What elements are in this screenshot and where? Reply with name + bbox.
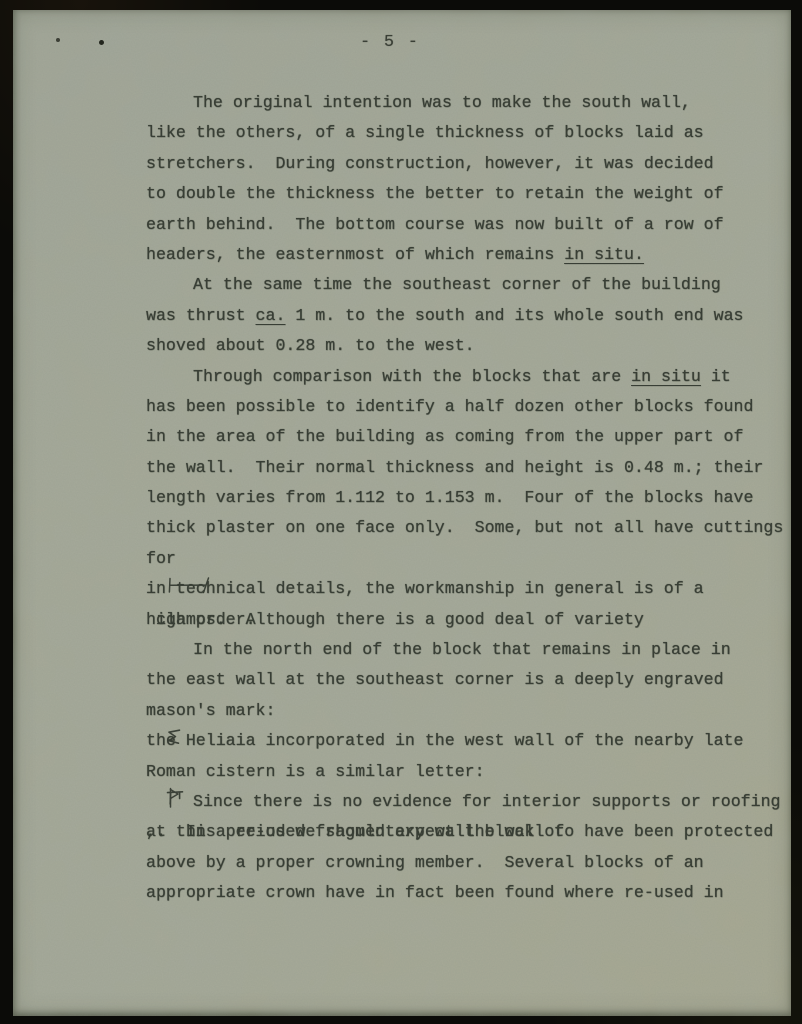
paragraph: The original intention was to make the s… xyxy=(146,88,783,270)
text-segment: like the others, of a single thickness o… xyxy=(146,123,704,142)
text-line: in technical details, the workmanship in… xyxy=(146,574,783,604)
text-segment: high order. xyxy=(146,610,256,629)
text-line: stretchers. During construction, however… xyxy=(146,149,783,179)
text-line: At the same time the southeast corner of… xyxy=(146,270,783,300)
text-segment: in the area of the building as coming fr… xyxy=(146,427,743,446)
text-line: length varies from 1.112 to 1.153 m. Fou… xyxy=(146,483,783,513)
text-line: thick plaster on one face only. Some, bu… xyxy=(146,513,783,543)
text-segment: The original intention was to make the s… xyxy=(193,93,691,112)
text-line: like the others, of a single thickness o… xyxy=(146,118,783,148)
text-line: in the area of the building as coming fr… xyxy=(146,422,783,452)
text-segment: stretchers. During construction, however… xyxy=(146,154,714,173)
text-line: at this period we should expect the wall… xyxy=(146,817,783,847)
text-segment: to double the thickness the better to re… xyxy=(146,184,724,203)
text-line: above by a proper crowning member. Sever… xyxy=(146,848,783,878)
text-segment: shoved about 0.28 m. to the west. xyxy=(146,336,475,355)
text-line: the wall. Their normal thickness and hei… xyxy=(146,453,783,483)
text-segment: the Heliaia incorporated in the west wal… xyxy=(146,731,743,750)
text-segment: 1 m. to the south and its whole south en… xyxy=(285,306,743,325)
text-line: mason's mark: . In a re-used fragmentary… xyxy=(146,696,783,726)
text-line: earth behind. The bottom course was now … xyxy=(146,210,783,240)
text-segment: appropriate crown have in fact been foun… xyxy=(146,883,724,902)
text-line: Roman cistern is a similar letter: , xyxy=(146,757,783,787)
underlined-text: ca. xyxy=(256,306,286,325)
paragraph: Since there is no evidence for interior … xyxy=(146,787,783,909)
text-line: for clamps. Although there is a good dea… xyxy=(146,544,783,574)
text-line: Since there is no evidence for interior … xyxy=(146,787,783,817)
paragraph: Through comparison with the blocks that … xyxy=(146,362,783,636)
text-segment: earth behind. The bottom course was now … xyxy=(146,215,724,234)
paragraph: In the north end of the block that remai… xyxy=(146,635,783,787)
text-line: In the north end of the block that remai… xyxy=(146,635,783,665)
text-line: the Heliaia incorporated in the west wal… xyxy=(146,726,783,756)
underlined-text: in situ xyxy=(631,367,701,386)
text-segment: Since there is no evidence for interior … xyxy=(193,792,781,811)
text-segment: has been possible to identify a half doz… xyxy=(146,397,753,416)
text-segment: for xyxy=(146,549,186,568)
text-segment: above by a proper crowning member. Sever… xyxy=(146,853,704,872)
text-line: to double the thickness the better to re… xyxy=(146,179,783,209)
text-segment: in technical details, the workmanship in… xyxy=(146,579,704,598)
text-segment: In the north end of the block that remai… xyxy=(193,640,731,659)
text-segment: at this period we should expect the wall… xyxy=(146,822,773,841)
text-segment: mason's mark: xyxy=(146,701,295,720)
letter-rho-icon xyxy=(166,787,180,817)
text-segment: headers, the easternmost of which remain… xyxy=(146,245,564,264)
text-line: was thrust ca. 1 m. to the south and its… xyxy=(146,301,783,331)
text-segment: thick plaster on one face only. Some, bu… xyxy=(146,518,783,537)
text-segment: it xyxy=(701,367,731,386)
underlined-text: in situ. xyxy=(564,245,644,264)
text-line: the east wall at the southeast corner is… xyxy=(146,665,783,695)
text-segment: length varies from 1.112 to 1.153 m. Fou… xyxy=(146,488,753,507)
text-segment: the wall. Their normal thickness and hei… xyxy=(146,458,763,477)
text-segment: the east wall at the southeast corner is… xyxy=(146,670,724,689)
text-line: Through comparison with the blocks that … xyxy=(146,362,783,392)
text-block: The original intention was to make the s… xyxy=(146,88,783,909)
text-segment: was thrust xyxy=(146,306,256,325)
text-line: shoved about 0.28 m. to the west. xyxy=(146,331,783,361)
text-line: has been possible to identify a half doz… xyxy=(146,392,783,422)
text-segment: Through comparison with the blocks that … xyxy=(193,367,631,386)
paper: - 5 - The original intention was to make… xyxy=(13,10,791,1016)
text-line: headers, the easternmost of which remain… xyxy=(146,240,783,270)
text-line: The original intention was to make the s… xyxy=(146,88,783,118)
page-number: - 5 - xyxy=(1,32,779,51)
paragraph: At the same time the southeast corner of… xyxy=(146,270,783,361)
text-segment: At the same time the southeast corner of… xyxy=(193,275,721,294)
text-line: appropriate crown have in fact been foun… xyxy=(146,878,783,908)
text-segment: Roman cistern is a similar letter: xyxy=(146,762,495,781)
